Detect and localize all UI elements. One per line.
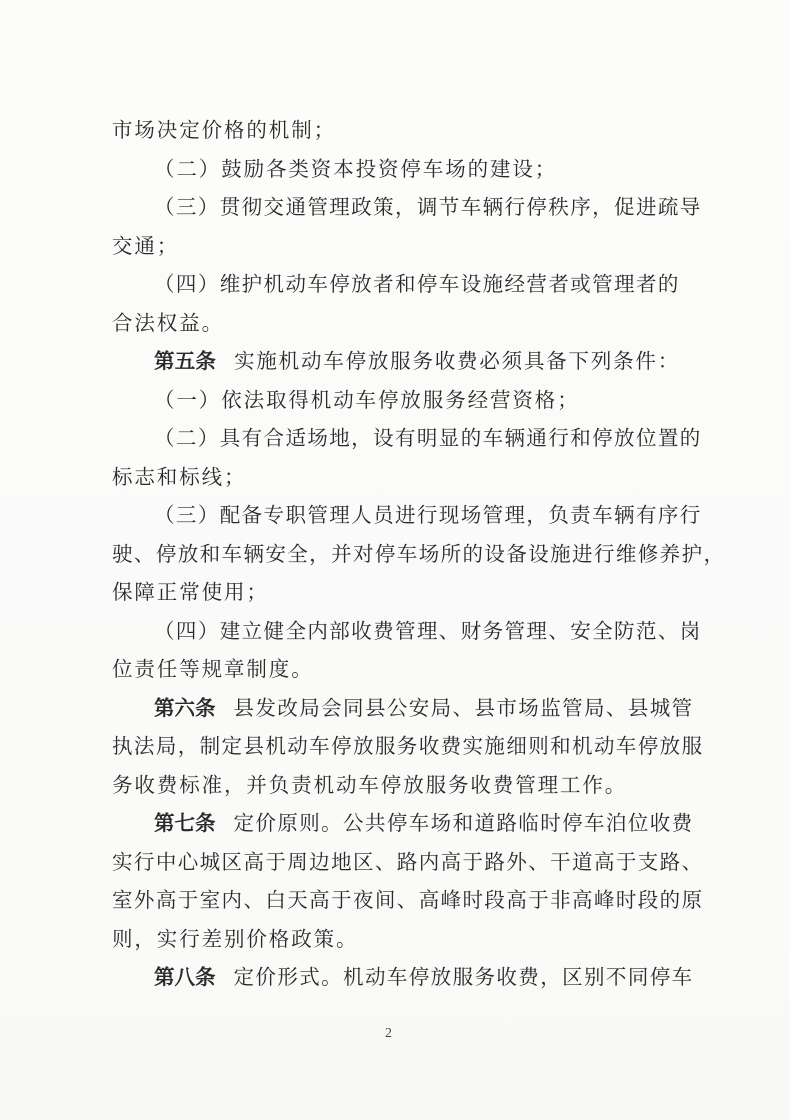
line-text: 交通； (112, 234, 179, 258)
text-line: 实 行 中 心 城 区 高 于 周 边 地 区 、 路 内 高 于 路 外 、 … (112, 847, 678, 877)
text-line: （ 二 ） 具 有 合 适 场 地 ， 设 有 明 显 的 车 辆 通 行 和 … (154, 423, 678, 453)
text-line: 则，实行差别价格政策。 (112, 924, 678, 954)
article-line: 第八条定 价 形 式 。 机 动 车 停 放 服 务 收 费 ， 区 别 不 同… (154, 962, 678, 992)
page-number: 2 (385, 1026, 392, 1042)
article-heading: 第六条 (154, 696, 216, 720)
text-line: （一）依法取得机动车停放服务经营资格； (154, 385, 678, 415)
text-line: 交通； (112, 231, 678, 261)
text-line: 执 法 局 ， 制 定 县 机 动 车 停 放 服 务 收 费 实 施 细 则 … (112, 731, 678, 761)
line-text: 定 价 原 则 。 公 共 停 车 场 和 道 路 临 时 停 车 泊 位 收 … (234, 811, 693, 835)
text-line: 驶 、 停 放 和 车 辆 安 全 ， 并 对 停 车 场 所 的 设 备 设 … (112, 539, 678, 569)
text-line: 室 外 高 于 室 内 、 白 天 高 于 夜 间 、 高 峰 时 段 高 于 … (112, 885, 678, 915)
line-text: （ 三 ） 配 备 专 职 管 理 人 员 进 行 现 场 管 理 ， 负 责 … (154, 503, 700, 527)
line-text: （ 四 ） 维 护 机 动 车 停 放 者 和 停 车 设 施 经 营 者 或 … (154, 272, 678, 296)
document-page: 市场决定价格的机制；（二）鼓励各类资本投资停车场的建设；（ 三 ） 贯 彻 交 … (0, 0, 790, 1120)
text-line: （ 四 ） 维 护 机 动 车 停 放 者 和 停 车 设 施 经 营 者 或 … (154, 269, 678, 299)
line-text: 定 价 形 式 。 机 动 车 停 放 服 务 收 费 ， 区 别 不 同 停 … (234, 965, 693, 989)
text-line: 位责任等规章制度。 (112, 654, 678, 684)
line-text: 驶 、 停 放 和 车 辆 安 全 ， 并 对 停 车 场 所 的 设 备 设 … (112, 542, 724, 566)
line-text: 县 发 改 局 会 同 县 公 安 局 、 县 市 场 监 管 局 、 县 城 … (234, 696, 693, 720)
line-text: 执 法 局 ， 制 定 县 机 动 车 停 放 服 务 收 费 实 施 细 则 … (112, 734, 702, 758)
line-text: （一）依法取得机动车停放服务经营资格； (154, 388, 580, 412)
line-text: 合法权益。 (112, 311, 224, 335)
line-text: 实 施 机 动 车 停 放 服 务 收 费 必 须 具 备 下 列 条 件 ： (234, 349, 678, 373)
article-line: 第五条实 施 机 动 车 停 放 服 务 收 费 必 须 具 备 下 列 条 件… (154, 346, 678, 376)
line-text: （ 四 ） 建 立 健 全 内 部 收 费 管 理 、 财 务 管 理 、 安 … (154, 619, 700, 643)
line-text: 实 行 中 心 城 区 高 于 周 边 地 区 、 路 内 高 于 路 外 、 … (112, 850, 702, 874)
text-line: 务收费标准，并负责机动车停放服务收费管理工作。 (112, 770, 678, 800)
article-heading: 第八条 (154, 965, 216, 989)
text-line: 标志和标线； (112, 462, 678, 492)
text-line: （ 四 ） 建 立 健 全 内 部 收 费 管 理 、 财 务 管 理 、 安 … (154, 616, 678, 646)
line-text: 务收费标准，并负责机动车停放服务收费管理工作。 (112, 773, 627, 797)
article-line: 第七条定 价 原 则 。 公 共 停 车 场 和 道 路 临 时 停 车 泊 位… (154, 808, 678, 838)
line-text: （ 二 ） 具 有 合 适 场 地 ， 设 有 明 显 的 车 辆 通 行 和 … (154, 426, 700, 450)
line-text: 则，实行差别价格政策。 (112, 927, 358, 951)
line-text: 保障正常使用； (112, 580, 269, 604)
text-line: （ 三 ） 贯 彻 交 通 管 理 政 策 ， 调 节 车 辆 行 停 秩 序 … (154, 192, 678, 222)
text-line: （二）鼓励各类资本投资停车场的建设； (154, 154, 678, 184)
text-line: 市场决定价格的机制； (112, 115, 678, 145)
text-line: 合法权益。 (112, 308, 678, 338)
line-text: （ 三 ） 贯 彻 交 通 管 理 政 策 ， 调 节 车 辆 行 停 秩 序 … (154, 195, 700, 219)
text-line: （ 三 ） 配 备 专 职 管 理 人 员 进 行 现 场 管 理 ， 负 责 … (154, 500, 678, 530)
line-text: 市场决定价格的机制； (112, 118, 336, 142)
article-heading: 第五条 (154, 349, 216, 373)
article-line: 第六条县 发 改 局 会 同 县 公 安 局 、 县 市 场 监 管 局 、 县… (154, 693, 678, 723)
text-line: 保障正常使用； (112, 577, 678, 607)
line-text: 标志和标线； (112, 465, 246, 489)
line-text: 室 外 高 于 室 内 、 白 天 高 于 夜 间 、 高 峰 时 段 高 于 … (112, 888, 702, 912)
line-text: （二）鼓励各类资本投资停车场的建设； (154, 157, 557, 181)
article-heading: 第七条 (154, 811, 216, 835)
line-text: 位责任等规章制度。 (112, 657, 314, 681)
